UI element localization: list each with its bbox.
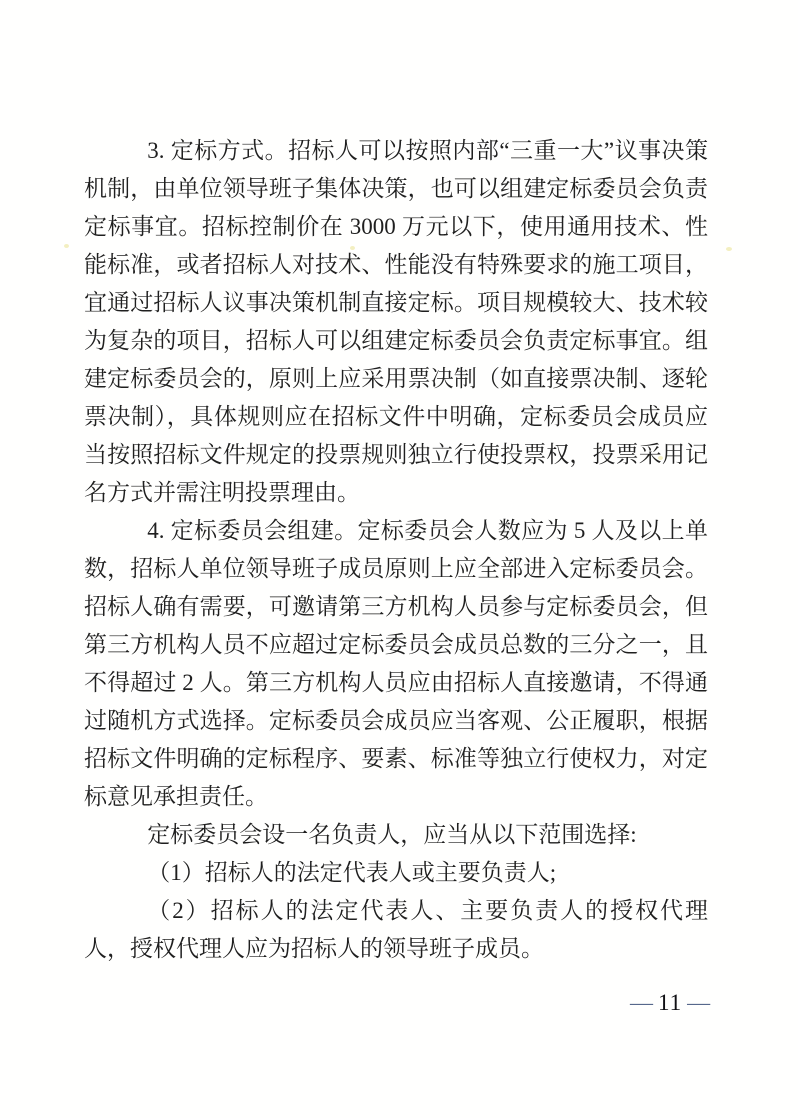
scan-artifact: [64, 244, 69, 248]
scanned-document-page: 3. 定标方式。招标人可以按照内部“三重一大”议事决策机制，由单位领导班子集体决…: [0, 0, 798, 1118]
list-item-1: （1）招标人的法定代表人或主要负责人;: [84, 854, 708, 892]
list-item-2: （2）招标人的法定代表人、主要负责人的授权代理人，授权代理人应为招标人的领导班子…: [84, 892, 708, 968]
paragraph-dingbiao-fangshi: 3. 定标方式。招标人可以按照内部“三重一大”议事决策机制，由单位领导班子集体决…: [84, 132, 708, 512]
scan-artifact: [726, 247, 732, 251]
paragraph-fuzeren-fanwei-intro: 定标委员会设一名负责人，应当从以下范围选择:: [84, 816, 708, 854]
page-number: —11—: [630, 988, 710, 1018]
page-number-right-dash: —: [687, 990, 710, 1015]
scan-artifact: [350, 246, 355, 250]
scan-artifact: [658, 456, 663, 460]
document-body: 3. 定标方式。招标人可以按照内部“三重一大”议事决策机制，由单位领导班子集体决…: [84, 132, 708, 968]
page-number-value: 11: [653, 990, 687, 1015]
page-number-left-dash: —: [630, 990, 653, 1015]
paragraph-dingbiao-weiyuanhui-zujian: 4. 定标委员会组建。定标委员会人数应为 5 人及以上单数，招标人单位领导班子成…: [84, 512, 708, 816]
